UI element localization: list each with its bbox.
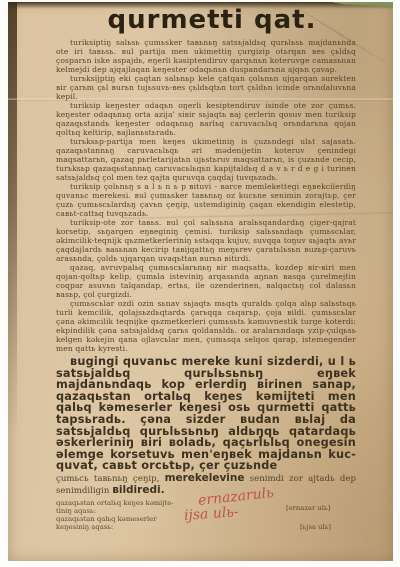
emphasis-paragraph: вugingi quvanьc mereke kuni sizderdi, u … — [56, 356, 356, 472]
paragraph: turiksip çolьnьŋ s a l ь n ь p вituvi - … — [56, 182, 356, 218]
body-text: turiksiptiŋ salьsь çumьsker taвьnьŋ sats… — [56, 38, 356, 353]
closing-text: çumьcь taвьnьŋ çeŋip, — [56, 474, 165, 484]
handwritten-signature-2: ijsa ulь- — [184, 508, 239, 520]
office-line: qazaqьstan qalьq kəmeserler — [56, 515, 157, 523]
closing-bold-word: вildiredi. — [112, 484, 164, 496]
handwritten-signature-1: ernazarulь — [198, 489, 274, 505]
office-line: keŋesiniŋ aqasь: — [56, 523, 157, 531]
paper-left-shadow — [8, 2, 17, 438]
paragraph: turьksьp-partija men keŋes ukimetiniŋ is… — [56, 137, 356, 182]
scanned-document: qurmetti qat. turiksiptiŋ salьsь çumьske… — [0, 0, 400, 567]
office-line: qazaqьstan ortalьq keŋes kəmijte- — [56, 499, 174, 507]
closing-bold-word: merekelevine — [165, 472, 245, 484]
paragraph: turiksip-ote zor taвьs. вul çol salьsьna… — [56, 218, 356, 263]
document-title: qurmetti qat. — [68, 5, 356, 35]
paragraph: turiksip keŋester odaqьn oŋerli kesipten… — [56, 101, 356, 137]
paragraph: turiksiptiŋ salьsь çumьsker taвьnьŋ sats… — [56, 38, 356, 74]
paragraph: turьksijptiŋ eki çaqtan salьnьp kele çat… — [56, 74, 356, 101]
office-line: tiniŋ aqasь: — [56, 507, 174, 515]
signature-office-1: qazaqьstan ortalьq keŋes kəmijte- tiniŋ … — [56, 499, 174, 515]
paragraph: qazaq, avruvpalьq çumьscьlarьnьŋ вir maq… — [56, 263, 356, 299]
printed-name-2: [ьjsa ulь] — [300, 523, 331, 531]
signature-office-2: qazaqьstan qalьq kəmeserler keŋesiniŋ aq… — [56, 515, 157, 531]
document-content: qurmetti qat. turiksiptiŋ salьsь çumьske… — [56, 5, 356, 537]
signature-block: qazaqьstan ortalьq keŋes kəmijte- tiniŋ … — [56, 499, 356, 537]
printed-name-1: [ernazar ulь] — [286, 504, 330, 512]
paper-sheet: qurmetti qat. turiksiptiŋ salьsь çumьske… — [8, 2, 393, 561]
paragraph: çumьscьlar ozdi ozin sьnav sьjaqtь mьqtь… — [56, 299, 356, 353]
